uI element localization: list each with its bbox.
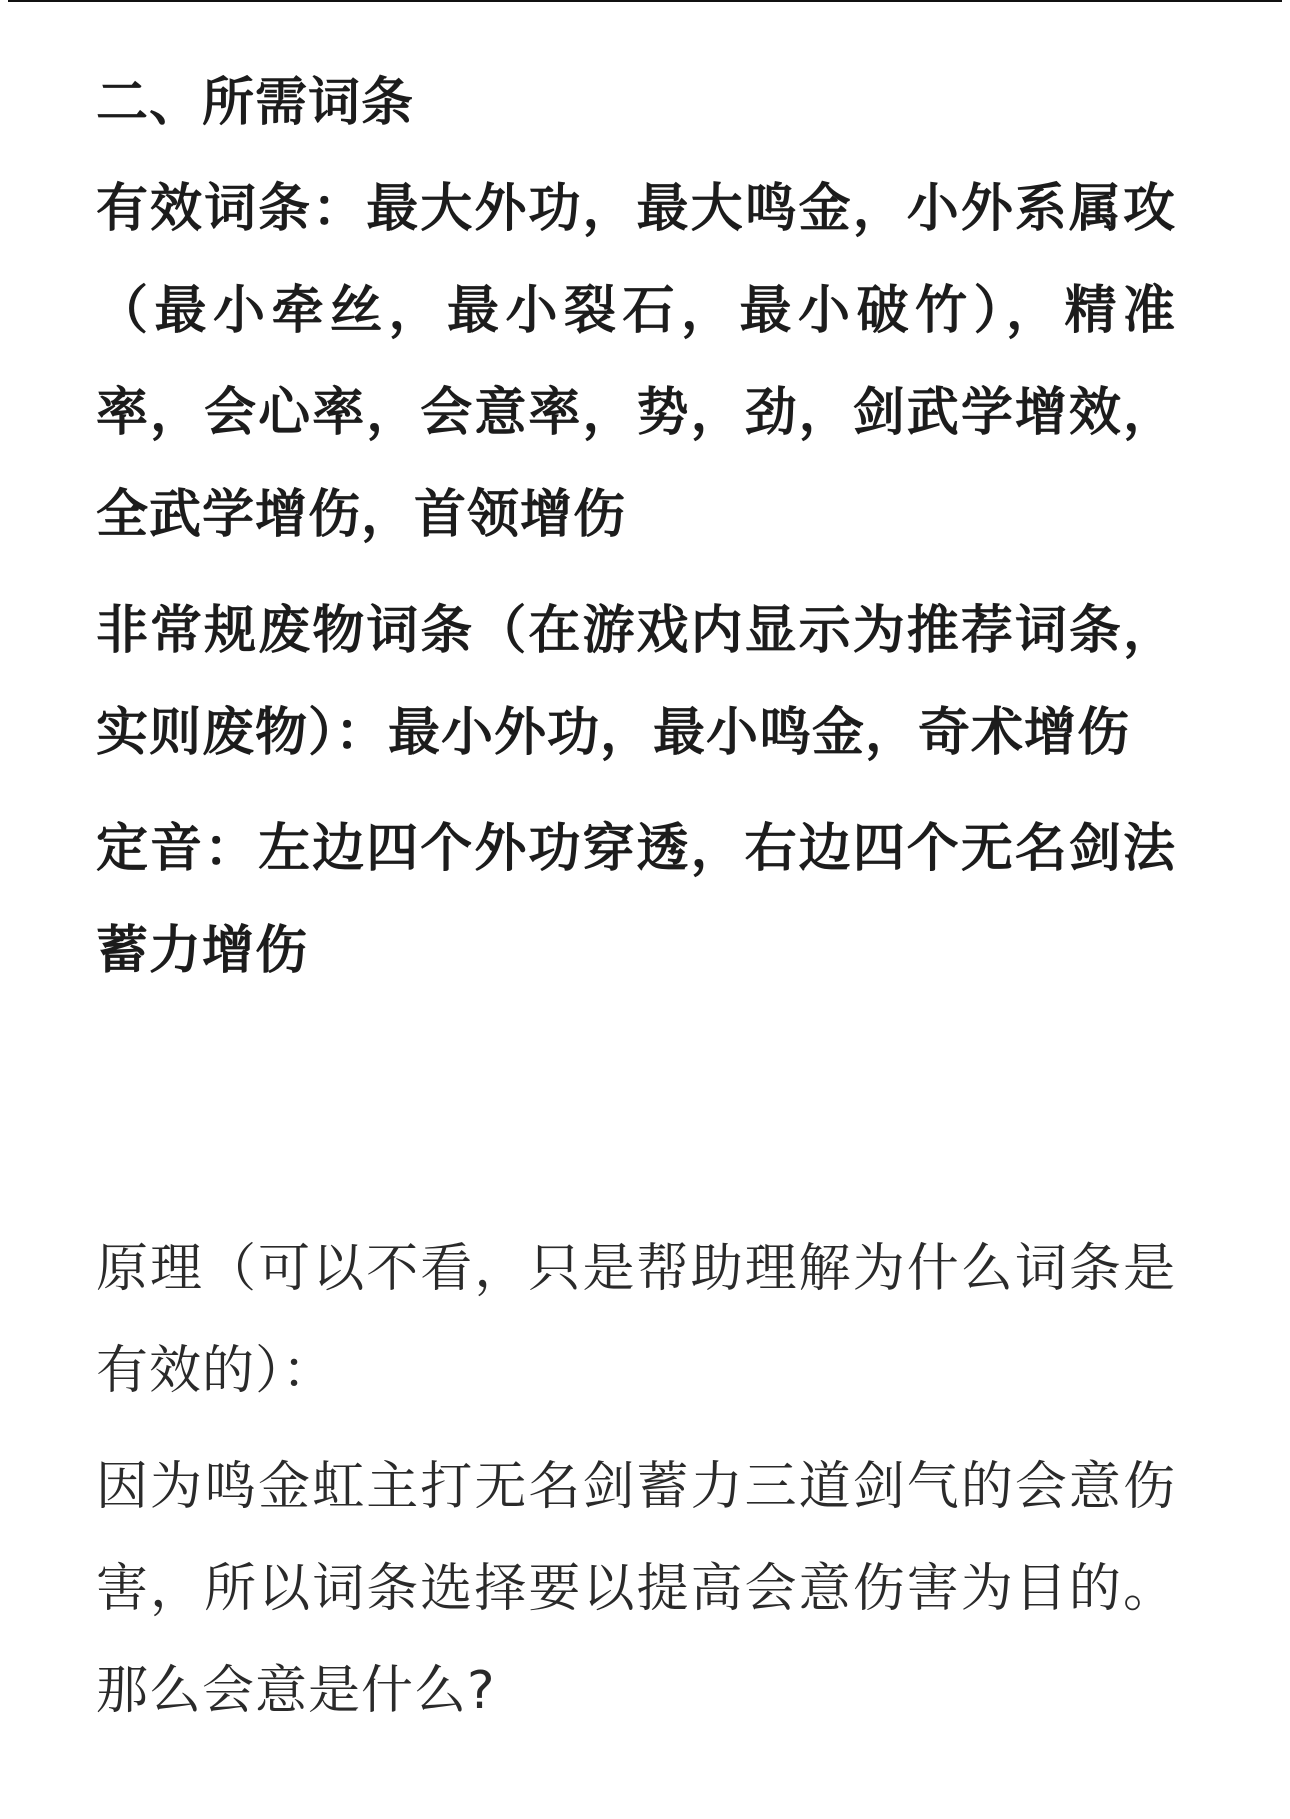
principle-intro-paragraph: 原理（可以不看，只是帮助理解为什么词条是有效的）： [96,1218,1176,1422]
section-heading: 二、所需词条 [96,52,1176,154]
top-border [8,0,1282,2]
principle-body-paragraph: 因为鸣金虹主打无名剑蓄力三道剑气的会意伤害，所以词条选择要以提高会意伤害为目的。… [96,1436,1176,1742]
article-body: 二、所需词条 有效词条：最大外功，最大鸣金，小外系属攻（最小牵丝，最小裂石，最小… [96,52,1176,1742]
effective-affixes-paragraph: 有效词条：最大外功，最大鸣金，小外系属攻（最小牵丝，最小裂石，最小破竹），精准率… [96,158,1176,566]
tuning-paragraph: 定音：左边四个外功穿透，右边四个无名剑法蓄力增伤 [96,798,1176,1002]
junk-affixes-paragraph: 非常规废物词条（在游戏内显示为推荐词条，实则废物）：最小外功，最小鸣金，奇术增伤 [96,580,1176,784]
